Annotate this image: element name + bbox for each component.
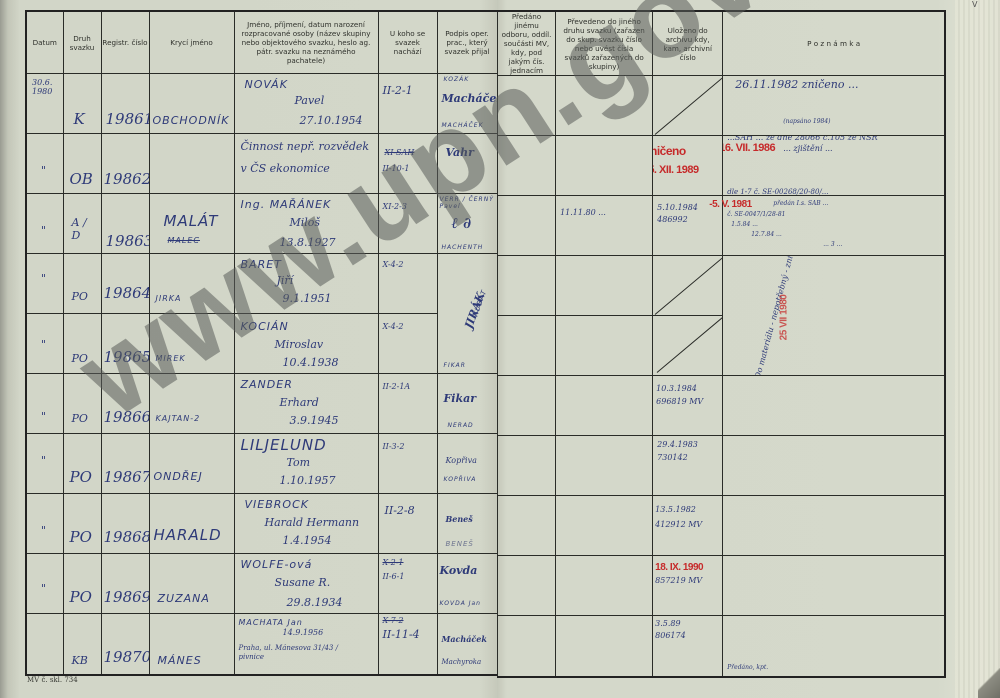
cell-registr: 19864 xyxy=(101,254,149,314)
cell-jmeno: LILJELUND Tom 1.10.1957 xyxy=(234,434,378,494)
cell-poznamka: 26.11.1982 zničeno ... (napsáno 1984) xyxy=(723,76,945,136)
cell-jmeno: WOLFE-ová Susane R. 29.8.1934 xyxy=(234,554,378,614)
col-header-datum: Datum xyxy=(26,11,63,74)
cell-kryci: KAJTAN-2 xyxy=(149,374,234,434)
table-row: " OB 19862 Činnost nepř. rozvědek v ČS e… xyxy=(26,134,497,194)
cell-registr: 19870 xyxy=(101,614,149,676)
cell-podpis: Beneš BENEŠ xyxy=(437,494,497,554)
cell-druh: PO xyxy=(63,254,101,314)
table-row: Zničeno -5. XII. 1989 ...SAH ... ze dne … xyxy=(498,136,946,196)
table-row: " PO 19869 ZUZANA WOLFE-ová Susane R. 29… xyxy=(26,554,497,614)
cell-jmeno: VIEBROCK Harald Hermann 1.4.1954 xyxy=(234,494,378,554)
registry-table-right: Předáno jinému odboru, oddíl. součásti M… xyxy=(497,10,946,678)
cell-prevedeno: 11.11.80 ... xyxy=(556,196,653,256)
col-header-poznamka: P o z n á m k a xyxy=(723,11,945,76)
cell-u-koho: II-3-2 xyxy=(378,434,437,494)
cell-druh: K xyxy=(63,74,101,134)
table-row: 13.5.1982 412912 MV xyxy=(498,496,946,556)
cell-poznamka xyxy=(723,436,945,496)
table-row: 29.4.1983 730142 xyxy=(498,436,946,496)
cell-ulozeno xyxy=(653,76,723,136)
cell-datum xyxy=(26,614,63,676)
col-header-u-koho: U koho se svazek nachází xyxy=(378,11,437,74)
cell-datum: " xyxy=(26,254,63,314)
cell-druh: PO xyxy=(63,554,101,614)
cell-poznamka: Předáno, kpt. xyxy=(723,616,945,678)
col-header-jmeno: Jméno, příjmení, datum narození rozpraco… xyxy=(234,11,378,74)
cell-ulozeno: 13.5.1982 412912 MV xyxy=(653,496,723,556)
table-row: KB 19870 MÁNES MACHATA Jan 14.9.1956 Pra… xyxy=(26,614,497,676)
registry-table-left: Datum Druh svazku Registr. číslo Krycí j… xyxy=(25,10,498,676)
table-row: 10.3.1984 696819 MV xyxy=(498,376,946,436)
table-row: " A / D 19863 MALÁT MALEC Ing. MAŘÁNEK M… xyxy=(26,194,497,254)
cell-registr: 19862 xyxy=(101,134,149,194)
col-header-registr: Registr. číslo xyxy=(101,11,149,74)
cell-kryci: ZUZANA xyxy=(149,554,234,614)
cell-u-koho: X-4-2 xyxy=(378,314,437,374)
cell-registr: 19868 xyxy=(101,494,149,554)
cell-datum: " xyxy=(26,134,63,194)
cell-registr: 19866 xyxy=(101,374,149,434)
cell-podpis: VERR / ČERNÝ Pavel ℓ ∂ HACHENTH xyxy=(437,194,497,254)
col-header-kryci: Krycí jméno xyxy=(149,11,234,74)
cell-kryci xyxy=(149,134,234,194)
cell-druh: PO xyxy=(63,374,101,434)
table-row: 11.11.80 ... 5.10.1984 486992 dle 1-7 č.… xyxy=(498,196,946,256)
cell-podpis: JIRÁK KUBÁT FIKAR xyxy=(437,254,497,374)
table-row: 3.5.89 806174 Předáno, kpt. xyxy=(498,616,946,678)
cell-registr: 19867 xyxy=(101,434,149,494)
cell-jmeno: Ing. MAŘÁNEK Miloš 13.8.1927 xyxy=(234,194,378,254)
cell-u-koho: XI-2-3 xyxy=(378,194,437,254)
table-row: " PO 19866 KAJTAN-2 ZANDER Erhard 3.9.19… xyxy=(26,374,497,434)
cell-kryci: HARALD xyxy=(149,494,234,554)
table-row: Do materiálu - nepotřebný - zničit 25 VI… xyxy=(498,256,946,316)
cell-registr: 19869 xyxy=(101,554,149,614)
cell-poznamka xyxy=(723,496,945,556)
table-row: " PO 19868 HARALD VIEBROCK Harald Herman… xyxy=(26,494,497,554)
table-row: 18. IX. 1990 857219 MV xyxy=(498,556,946,616)
corner-mark: V xyxy=(972,0,977,9)
cell-kryci: MALÁT MALEC xyxy=(149,194,234,254)
cell-u-koho: X-4-2 xyxy=(378,254,437,314)
cell-ulozeno: 3.5.89 806174 xyxy=(653,616,723,678)
cell-datum: " xyxy=(26,554,63,614)
cell-druh: OB xyxy=(63,134,101,194)
table-row: 30.6. 1980 K 19861 OBCHODNÍK NOVÁK Pavel… xyxy=(26,74,497,134)
cell-registr: 19865 xyxy=(101,314,149,374)
cell-podpis: Macháček Machyroka xyxy=(437,614,497,676)
cell-u-koho: II-2-1 xyxy=(378,74,437,134)
cell-ulozeno: Zničeno -5. XII. 1989 xyxy=(653,136,723,196)
cell-podpis: KOZÁK Macháček MACHÁČEK xyxy=(437,74,497,134)
cell-podpis: Fikar NERAD xyxy=(437,374,497,434)
cell-druh: KB xyxy=(63,614,101,676)
cell-kryci: JIRKA xyxy=(149,254,234,314)
cell-poznamka xyxy=(723,556,945,616)
cell-ulozeno: 18. IX. 1990 857219 MV xyxy=(653,556,723,616)
table-row: 26.11.1982 zničeno ... (napsáno 1984) xyxy=(498,76,946,136)
cell-u-koho: XI-SAH II-10-1 xyxy=(378,134,437,194)
cell-podpis: Vahr xyxy=(437,134,497,194)
cell-u-koho: X-2-1 II-6-1 xyxy=(378,554,437,614)
cell-datum: " xyxy=(26,314,63,374)
cell-ulozeno: 29.4.1983 730142 xyxy=(653,436,723,496)
cell-registr: 19861 xyxy=(101,74,149,134)
cell-jmeno: Činnost nepř. rozvědek v ČS ekonomice xyxy=(234,134,378,194)
cell-jmeno: KOCIÁN Miroslav 10.4.1938 xyxy=(234,314,378,374)
cell-poznamka xyxy=(723,376,945,436)
col-header-druh: Druh svazku xyxy=(63,11,101,74)
cell-datum: " xyxy=(26,494,63,554)
cell-jmeno: ZANDER Erhard 3.9.1945 xyxy=(234,374,378,434)
cell-druh: PO xyxy=(63,314,101,374)
col-header-ulozeno: Uloženo do archivu kdy, kam, archivní čí… xyxy=(653,11,723,76)
col-header-prevedeno: Převedeno do jiného druhu svazku (zařaze… xyxy=(556,11,653,76)
col-header-podpis: Podpis oper. prac., který svazek přijal xyxy=(437,11,497,74)
cell-druh: A / D xyxy=(63,194,101,254)
cell-ulozeno: 10.3.1984 696819 MV xyxy=(653,376,723,436)
cell-jmeno: NOVÁK Pavel 27.10.1954 xyxy=(234,74,378,134)
cell-datum: " xyxy=(26,434,63,494)
cell-datum: " xyxy=(26,374,63,434)
cell-kryci: MIREK xyxy=(149,314,234,374)
cell-poznamka: ...SAH ... ze dne 28066 č.105 ze NSR 16.… xyxy=(723,136,945,196)
col-header-predano: Předáno jinému odboru, oddíl. součásti M… xyxy=(498,11,556,76)
cell-kryci: MÁNES xyxy=(149,614,234,676)
cell-kryci: ONDŘEJ xyxy=(149,434,234,494)
cell-podpis: Kovda KOVDA Jan xyxy=(437,554,497,614)
cell-ulozeno xyxy=(653,316,723,376)
cell-kryci: OBCHODNÍK xyxy=(149,74,234,134)
cell-poznamka: Do materiálu - nepotřebný - zničit 25 VI… xyxy=(723,256,945,376)
cell-u-koho: X-7-2 II-11-4 xyxy=(378,614,437,676)
page-edges xyxy=(955,0,1000,698)
cell-datum: " xyxy=(26,194,63,254)
cell-podpis: Kopřiva KOPŘIVA xyxy=(437,434,497,494)
table-row: " PO 19864 JIRKA BARET Jiří 9.1.1951 X-4… xyxy=(26,254,497,314)
cell-u-koho: II-2-8 xyxy=(378,494,437,554)
form-code: MV č. skl. 734 xyxy=(27,676,78,684)
cell-u-koho: II-2-1A xyxy=(378,374,437,434)
cell-ulozeno xyxy=(653,256,723,316)
cell-registr: 19863 xyxy=(101,194,149,254)
cell-druh: PO xyxy=(63,494,101,554)
cell-poznamka: dle 1-7 č. SE-00268/20-80/... -5. V. 198… xyxy=(723,196,945,256)
table-row: " PO 19867 ONDŘEJ LILJELUND Tom 1.10.195… xyxy=(26,434,497,494)
cell-datum: 30.6. 1980 xyxy=(26,74,63,134)
page-corner xyxy=(978,668,1000,698)
table-row: " PO 19865 MIREK KOCIÁN Miroslav 10.4.19… xyxy=(26,314,497,374)
cell-jmeno: BARET Jiří 9.1.1951 xyxy=(234,254,378,314)
cell-jmeno: MACHATA Jan 14.9.1956 Praha, ul. Mánesov… xyxy=(234,614,378,676)
cell-druh: PO xyxy=(63,434,101,494)
